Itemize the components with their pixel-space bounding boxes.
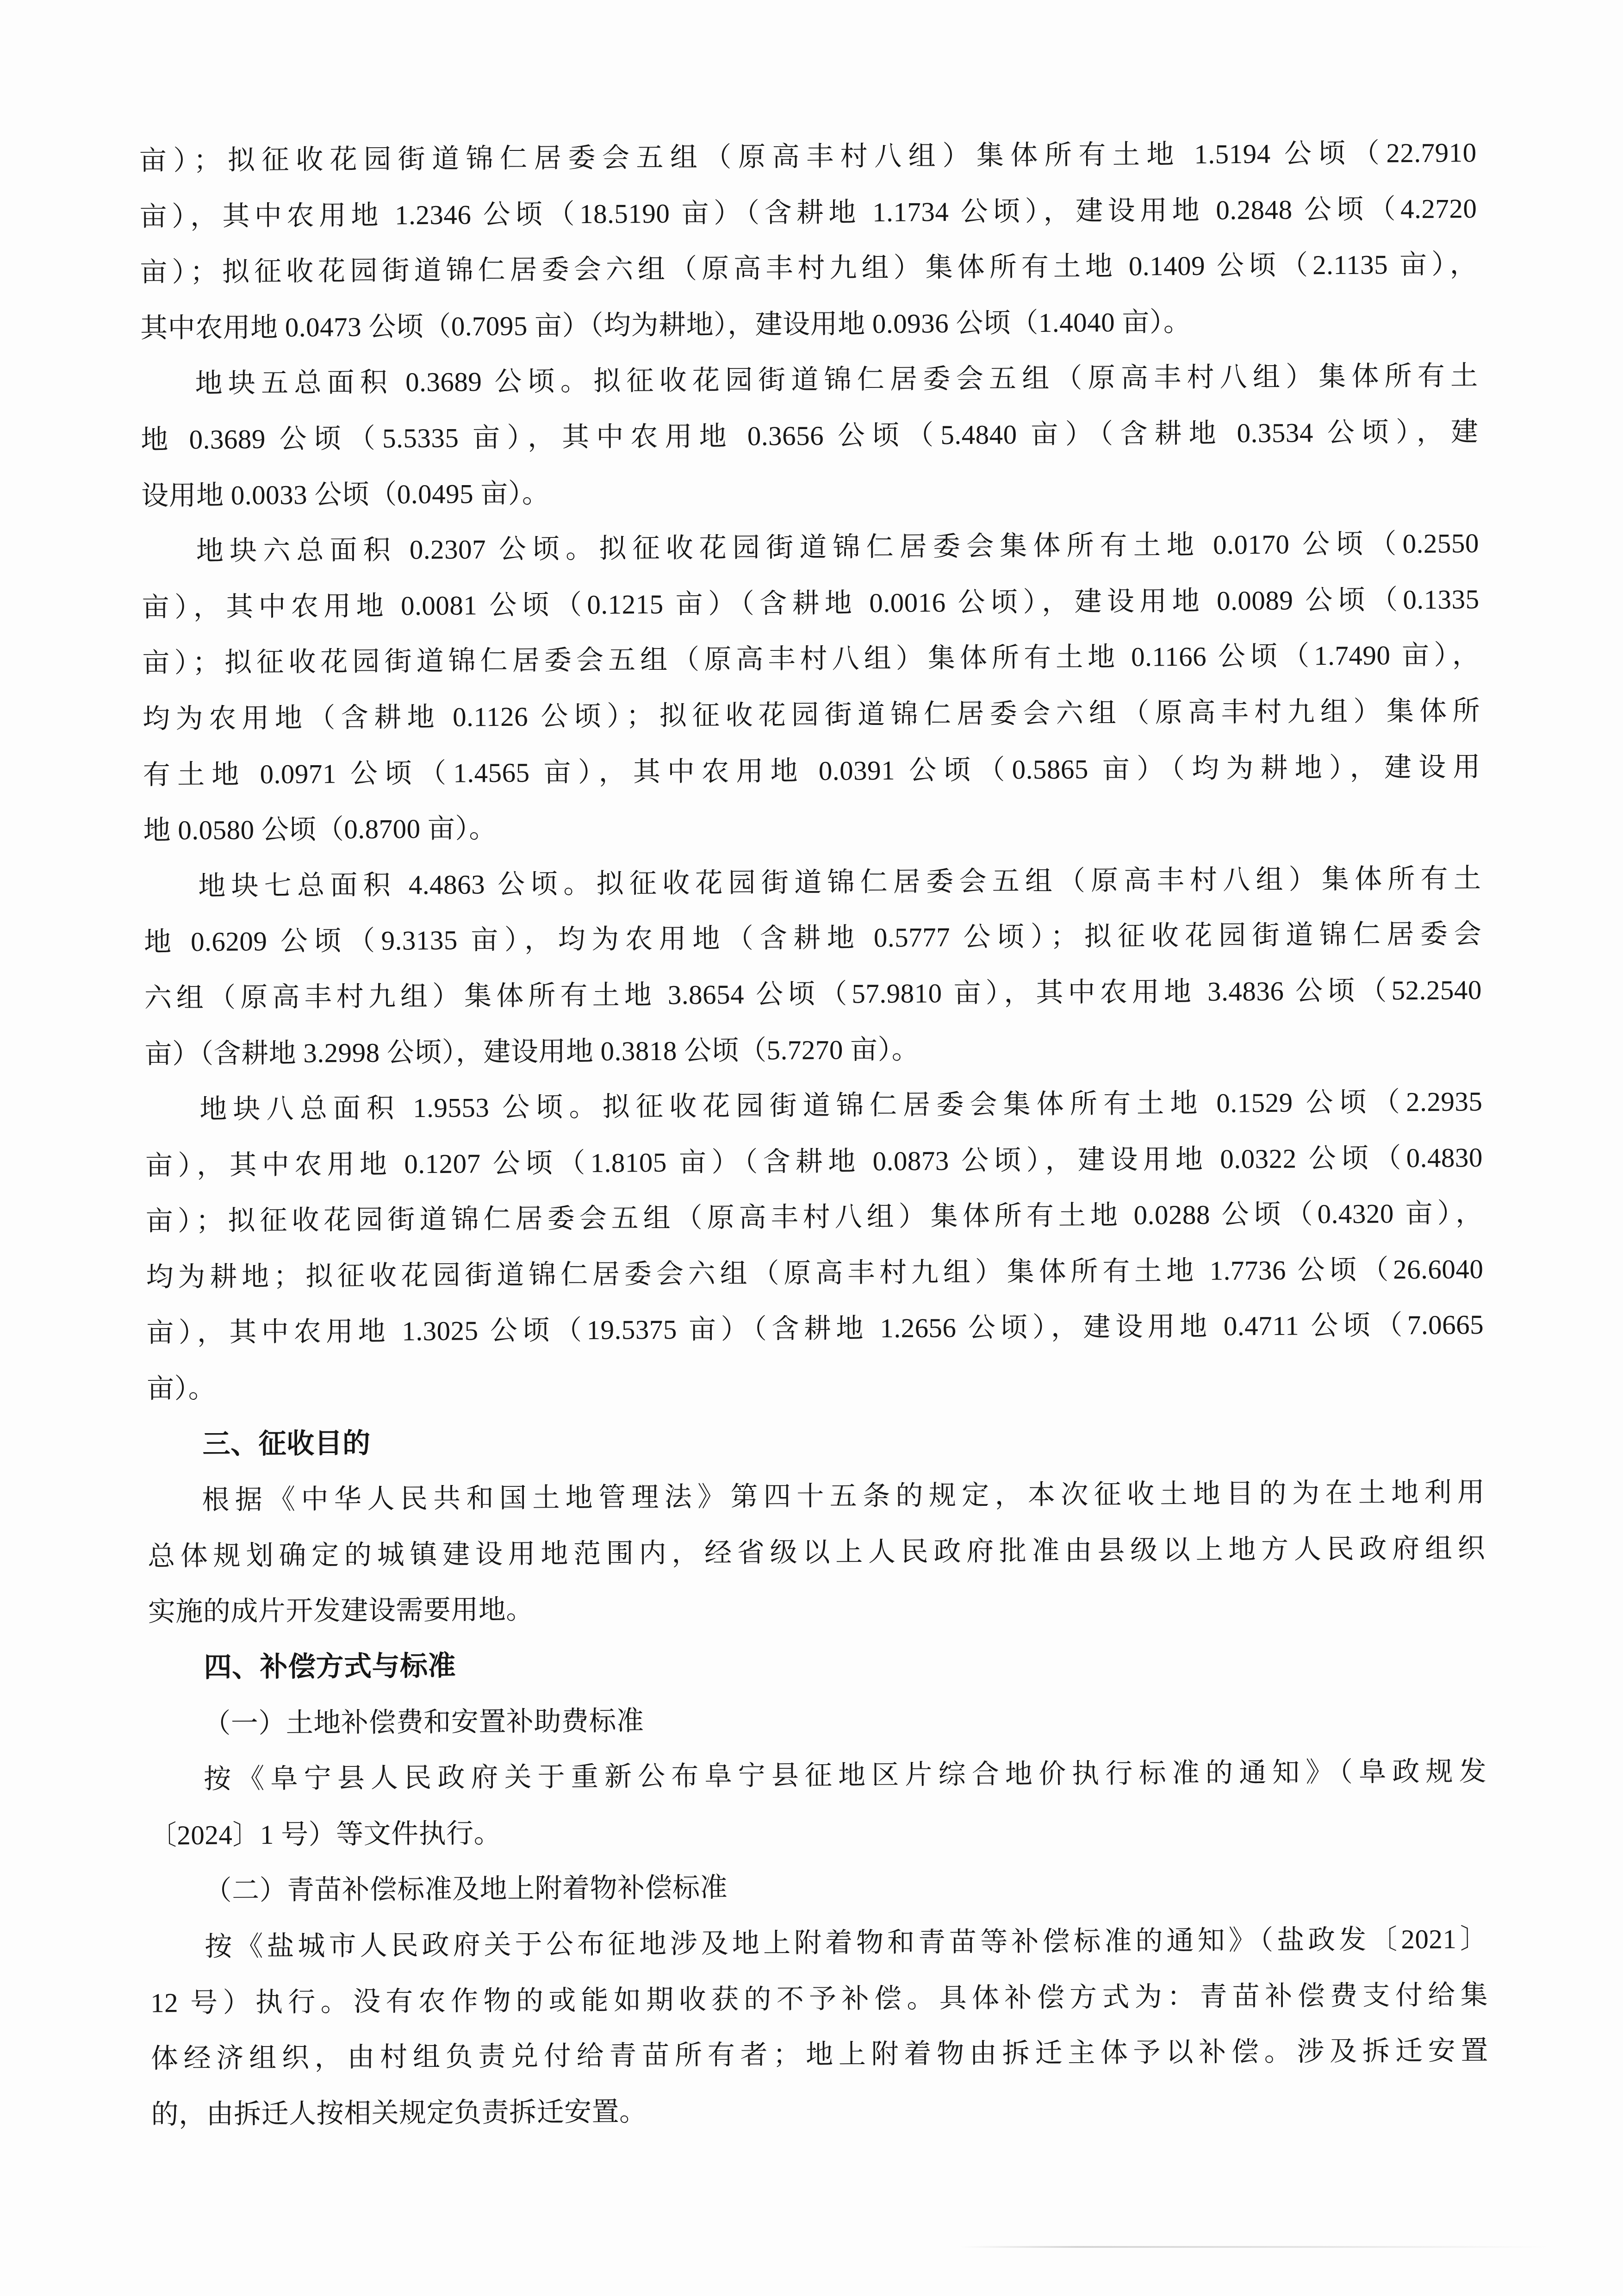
text-line: 的，由拆迁人按相关规定负责拆迁安置。 [151, 2078, 1489, 2142]
text-line: 亩），其中农用地 0.0081 公顷（0.1215 亩）（含耕地 0.0016 … [142, 571, 1480, 635]
subitem-seedling-compensation-body: 按《盐城市人民政府关于公布征地涉及地上附着物和青苗等补偿标准的通知》（盐政发〔2… [150, 1911, 1489, 2142]
text-line: 亩），其中农用地 1.2346 公顷（18.5190 亩）（含耕地 1.1734… [139, 181, 1477, 244]
text-line: 〔2024〕1 号）等文件执行。 [149, 1799, 1487, 1863]
text-line: 亩）；拟征收花园街道锦仁居委会五组（原高丰村八组）集体所有土地 0.0288 公… [145, 1185, 1483, 1249]
section-heading-purpose: 三、征收目的 [147, 1409, 1485, 1472]
paragraph-plot-four-continuation: 亩）；拟征收花园街道锦仁居委会五组（原高丰村八组）集体所有土地 1.5194 公… [139, 125, 1478, 356]
text-line: 按《阜宁县人民政府关于重新公布阜宁县征地区片综合地价执行标准的通知》（阜政规发 [149, 1743, 1487, 1807]
text-line: 总体规划确定的城镇建设用地范围内，经省级以上人民政府批准由县级以上地方人民政府组… [148, 1520, 1486, 1584]
section-compensation: 四、补偿方式与标准 [148, 1632, 1486, 1696]
subitem-land-compensation: （一）土地补偿费和安置补助费标准 [149, 1688, 1486, 1752]
document-page: 亩）；拟征收花园街道锦仁居委会五组（原高丰村八组）集体所有土地 1.5194 公… [0, 0, 1623, 2296]
text-line: 亩）；拟征收花园街道锦仁居委会五组（原高丰村八组）集体所有土地 1.5194 公… [139, 125, 1477, 188]
subitem-land-compensation-body: 按《阜宁县人民政府关于重新公布阜宁县征地区片综合地价执行标准的通知》（阜政规发 … [149, 1743, 1487, 1863]
text-line: 亩），其中农用地 1.3025 公顷（19.5375 亩）（含耕地 1.2656… [146, 1297, 1484, 1361]
text-line: 体经济组织，由村组负责兑付给青苗所有者；地上附着物由拆迁主体予以补偿。涉及拆迁安… [150, 2022, 1488, 2086]
paragraph-plot-six: 地块六总面积 0.2307 公顷。拟征收花园街道锦仁居委会集体所有土地 0.01… [142, 515, 1481, 858]
section-purpose-body: 根据《中华人民共和国土地管理法》第四十五条的规定，本次征收土地目的为在土地利用 … [147, 1464, 1486, 1640]
text-line: 亩）（含耕地 3.2998 公顷），建设用地 0.3818 公顷（5.7270 … [144, 1018, 1482, 1082]
paragraph-plot-eight: 地块八总面积 1.9553 公顷。拟征收花园街道锦仁居委会集体所有土地 0.15… [145, 1073, 1484, 1416]
text-line: 12 号）执行。没有农作物的或能如期收获的不予补偿。具体补偿方式为：青苗补偿费支… [150, 1967, 1488, 2031]
text-line: 实施的成片开发建设需要用地。 [148, 1576, 1486, 1640]
text-line: 设用地 0.0033 公顷（0.0495 亩）。 [141, 460, 1479, 524]
text-line: 地 0.3689 公顷（5.5335 亩），其中农用地 0.3656 公顷（5.… [141, 404, 1479, 468]
text-line: 六组（原高丰村九组）集体所有土地 3.8654 公顷（57.9810 亩），其中… [144, 962, 1482, 1026]
section-purpose: 三、征收目的 [147, 1409, 1485, 1472]
text-line: 均为耕地；拟征收花园街道锦仁居委会六组（原高丰村九组）集体所有土地 1.7736… [146, 1241, 1484, 1305]
text-line: 亩）；拟征收花园街道锦仁居委会六组（原高丰村九组）集体所有土地 0.1409 公… [140, 236, 1478, 300]
text-line: 按《盐城市人民政府关于公布征地涉及地上附着物和青苗等补偿标准的通知》（盐政发〔2… [150, 1911, 1488, 1975]
text-line: 均为农用地（含耕地 0.1126 公顷）；拟征收花园街道锦仁居委会六组（原高丰村… [143, 683, 1480, 747]
text-line: 地块六总面积 0.2307 公顷。拟征收花园街道锦仁居委会集体所有土地 0.01… [142, 515, 1480, 579]
subitem-heading-land-compensation: （一）土地补偿费和安置补助费标准 [149, 1688, 1486, 1752]
text-line: 地 0.0580 公顷（0.8700 亩）。 [143, 794, 1481, 858]
text-line: 地块八总面积 1.9553 公顷。拟征收花园街道锦仁居委会集体所有土地 0.15… [145, 1073, 1483, 1137]
text-line: 亩）；拟征收花园街道锦仁居委会五组（原高丰村八组）集体所有土地 0.1166 公… [142, 627, 1480, 691]
subitem-heading-seedling-compensation: （二）青苗补偿标准及地上附着物补偿标准 [149, 1855, 1487, 1919]
text-line: 地块七总面积 4.4863 公顷。拟征收花园街道锦仁居委会五组（原高丰村八组）集… [143, 850, 1481, 914]
text-line: 亩）。 [147, 1353, 1485, 1416]
section-heading-compensation: 四、补偿方式与标准 [148, 1632, 1486, 1696]
text-line: 亩），其中农用地 0.1207 公顷（1.8105 亩）（含耕地 0.0873 … [145, 1129, 1483, 1193]
text-line: 地 0.6209 公顷（9.3135 亩），均为农用地（含耕地 0.5777 公… [144, 906, 1482, 970]
scan-artifact [960, 2246, 1548, 2248]
text-line: 地块五总面积 0.3689 公顷。拟征收花园街道锦仁居委会五组（原高丰村八组）集… [140, 348, 1478, 412]
paragraph-plot-seven: 地块七总面积 4.4863 公顷。拟征收花园街道锦仁居委会五组（原高丰村八组）集… [143, 850, 1482, 1082]
subitem-seedling-compensation: （二）青苗补偿标准及地上附着物补偿标准 [149, 1855, 1487, 1919]
document-content: 亩）；拟征收花园街道锦仁居委会五组（原高丰村八组）集体所有土地 1.5194 公… [0, 0, 1623, 2143]
text-line: 有土地 0.0971 公顷（1.4565 亩），其中农用地 0.0391 公顷（… [143, 739, 1481, 803]
text-line: 根据《中华人民共和国土地管理法》第四十五条的规定，本次征收土地目的为在土地利用 [147, 1464, 1485, 1528]
paragraph-plot-five: 地块五总面积 0.3689 公顷。拟征收花园街道锦仁居委会五组（原高丰村八组）集… [140, 348, 1479, 524]
text-line: 其中农用地 0.0473 公顷（0.7095 亩）（均为耕地），建设用地 0.0… [140, 292, 1478, 356]
